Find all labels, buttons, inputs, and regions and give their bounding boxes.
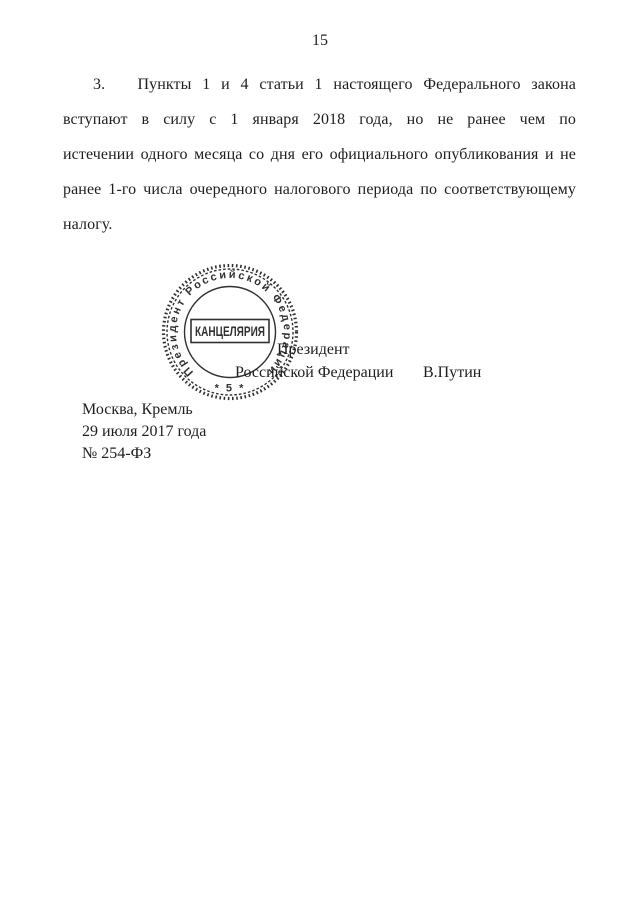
paragraph-line: 3. Пункты 1 и 4 статьи 1 настоящего Феде…	[63, 75, 576, 94]
stamp-texts: Президент Российской Федерации * 5 * КАН…	[167, 269, 293, 395]
stamp-bottom-number: * 5 *	[215, 383, 246, 395]
stamp-center-label: КАНЦЕЛЯРИЯ	[195, 323, 265, 339]
paragraph-line: истечении одного месяца со дня его офици…	[63, 145, 576, 164]
paragraph-line: вступают в силу с 1 января 2018 года, но…	[63, 110, 576, 129]
signing-place: Москва, Кремль	[82, 399, 206, 421]
signing-date: 29 июля 2017 года	[82, 421, 206, 443]
signature-name: В.Путин	[423, 364, 481, 382]
page-number: 15	[0, 32, 640, 50]
paragraph-line: налогу.	[63, 215, 576, 234]
law-paragraph: 3. Пункты 1 и 4 статьи 1 настоящего Феде…	[63, 75, 576, 250]
law-number: № 254-ФЗ	[82, 443, 206, 465]
chancellery-seal-stamp: Президент Российской Федерации * 5 * КАН…	[160, 262, 300, 402]
document-page: 15 3. Пункты 1 и 4 статьи 1 настоящего Ф…	[0, 0, 640, 905]
paragraph-line: ранее 1-го числа очередного налогового п…	[63, 180, 576, 199]
signing-block: Москва, Кремль 29 июля 2017 года № 254-Ф…	[82, 399, 206, 465]
